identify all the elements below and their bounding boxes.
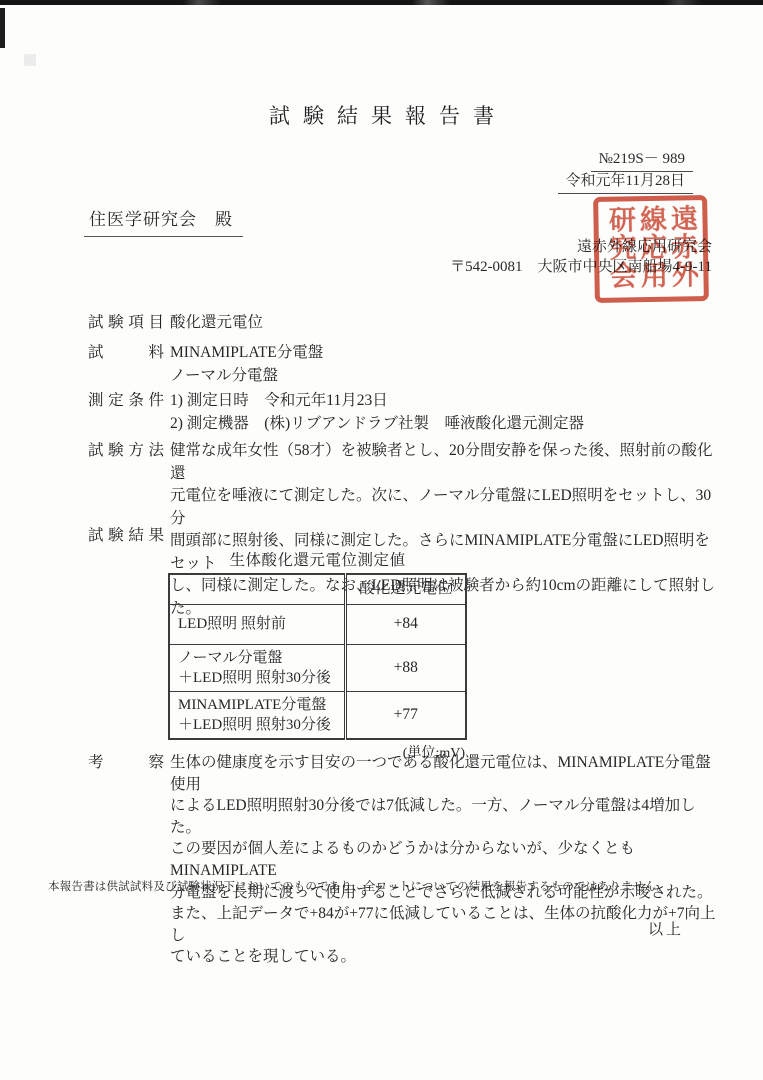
scan-artifact-smudge <box>24 54 36 66</box>
discussion-line: また、上記データで+84が+77に低減していることは、生体の抗酸化力が+7向上し <box>170 903 718 946</box>
results-label: 試験結果 <box>88 525 164 548</box>
row-label: ノーマル分電盤 ＋LED照明 照射30分後 <box>169 644 345 691</box>
sample-line: MINAMIPLATE分電盤 <box>170 342 323 365</box>
row-value: +84 <box>345 604 466 644</box>
method-label: 試験方法 <box>88 440 164 463</box>
section-results: 試験結果 <box>88 525 170 548</box>
discussion-line: 生体の健康度を示す目安の一つである酸化還元電位は、MINAMIPLATE分電盤使… <box>170 752 718 795</box>
table-corner-cell <box>169 574 345 604</box>
row-label-line1: MINAMIPLATE分電盤 <box>178 695 336 715</box>
conditions-line: 1) 測定日時 令和元年11月23日 <box>170 390 584 413</box>
sample-line: ノーマル分電盤 <box>170 365 323 388</box>
results-table-block: 生体酸化還元電位測定値 酸化還元電位 LED照明 照射前 +84 ノーマル分電盤… <box>168 548 467 762</box>
results-table: 酸化還元電位 LED照明 照射前 +84 ノーマル分電盤 ＋LED照明 照射30… <box>168 573 467 740</box>
section-test-item: 試験項目酸化還元電位 <box>88 312 263 335</box>
discussion-line: によるLED照明照射30分後では7低減した。一方、ノーマル分電盤は4増加した。 <box>170 795 718 838</box>
company-seal-stamp: 遠赤外線応用研究会 <box>593 195 709 303</box>
closing-mark: 以上 <box>648 918 684 939</box>
test-item-value: 酸化還元電位 <box>170 312 263 335</box>
seal-text: 遠赤外線応用研究会 <box>604 204 699 294</box>
method-line: 健常な成年女性（58才）を被験者とし、20分間安静を保った後、照射前の酸化還 <box>170 440 718 485</box>
report-page: 試験結果報告書 №219S－ 989 令和元年11月28日 住医学研究会 殿 遠… <box>0 0 763 1080</box>
section-discussion: 考察 生体の健康度を示す目安の一つである酸化還元電位は、MINAMIPLATE分… <box>88 752 718 968</box>
row-value: +77 <box>345 691 466 739</box>
document-number: №219S－ 989 <box>591 150 693 172</box>
table-row: LED照明 照射前 +84 <box>169 604 466 644</box>
row-label-line1: ノーマル分電盤 <box>178 648 336 668</box>
row-label-line2: ＋LED照明 照射30分後 <box>178 715 336 735</box>
conditions-lines: 1) 測定日時 令和元年11月23日 2) 測定機器 (株)リブアンドラブ社製 … <box>170 390 584 435</box>
section-conditions: 測定条件 1) 測定日時 令和元年11月23日 2) 測定機器 (株)リブアンド… <box>88 390 584 435</box>
document-meta: №219S－ 989 令和元年11月28日 <box>558 150 693 194</box>
discussion-line: ていることを現している。 <box>170 946 718 968</box>
table-row: MINAMIPLATE分電盤 ＋LED照明 照射30分後 +77 <box>169 691 466 739</box>
method-line: 元電位を唾液にて測定した。次に、ノーマル分電盤にLED照明をセットし、30分 <box>170 485 718 530</box>
conditions-line: 2) 測定機器 (株)リブアンドラブ社製 唾液酸化還元測定器 <box>170 413 584 436</box>
row-label-line2: ＋LED照明 照射30分後 <box>178 668 336 688</box>
sample-lines: MINAMIPLATE分電盤 ノーマル分電盤 <box>170 342 323 387</box>
disclaimer-note: 本報告書は供試試料及び試験状況下においてのものであり、全ロットについての結果を報… <box>48 878 728 894</box>
table-row: ノーマル分電盤 ＋LED照明 照射30分後 +88 <box>169 644 466 691</box>
conditions-label: 測定条件 <box>88 390 164 413</box>
document-date: 令和元年11月28日 <box>558 172 693 194</box>
test-item-label: 試験項目 <box>88 312 164 335</box>
row-label: LED照明 照射前 <box>169 604 345 644</box>
table-title: 生体酸化還元電位測定値 <box>168 548 467 570</box>
scan-artifact-top-bar <box>0 0 763 5</box>
scan-artifact-left-mark <box>0 8 5 48</box>
row-value: +88 <box>345 644 466 691</box>
table-value-header: 酸化還元電位 <box>345 574 466 604</box>
section-sample: 試料 MINAMIPLATE分電盤 ノーマル分電盤 <box>88 342 323 387</box>
sample-label: 試料 <box>88 342 164 365</box>
discussion-lines: 生体の健康度を示す目安の一つである酸化還元電位は、MINAMIPLATE分電盤使… <box>170 752 718 968</box>
addressee: 住医学研究会 殿 <box>84 205 243 237</box>
page-title: 試験結果報告書 <box>0 100 763 130</box>
discussion-line: この要因が個人差によるものかどうかは分からないが、少なくともMINAMIPLAT… <box>170 838 718 881</box>
discussion-label: 考察 <box>88 752 164 774</box>
row-label: MINAMIPLATE分電盤 ＋LED照明 照射30分後 <box>169 691 345 739</box>
